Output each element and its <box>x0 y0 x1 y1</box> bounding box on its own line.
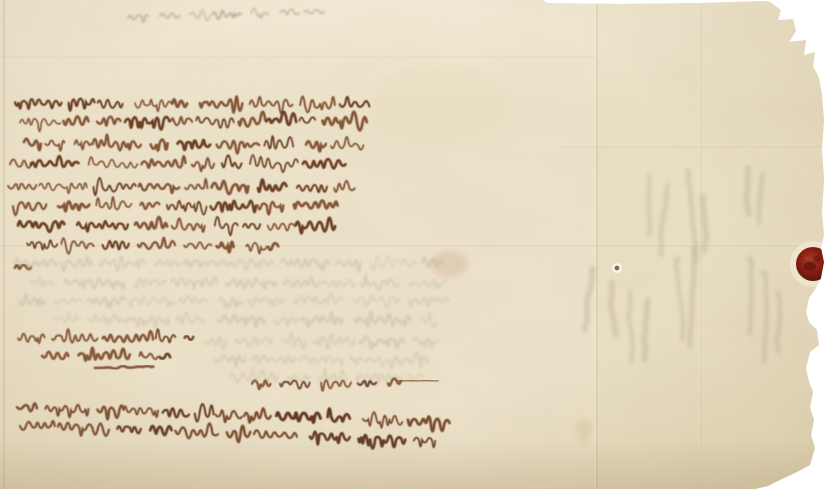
bottom-edge-shading <box>0 440 825 489</box>
letter-scene <box>0 0 825 489</box>
letter-photograph: Photograph of a handwritten letter: brow… <box>0 0 825 489</box>
edge-vignette <box>0 0 825 489</box>
left-edge-crease <box>3 0 5 489</box>
